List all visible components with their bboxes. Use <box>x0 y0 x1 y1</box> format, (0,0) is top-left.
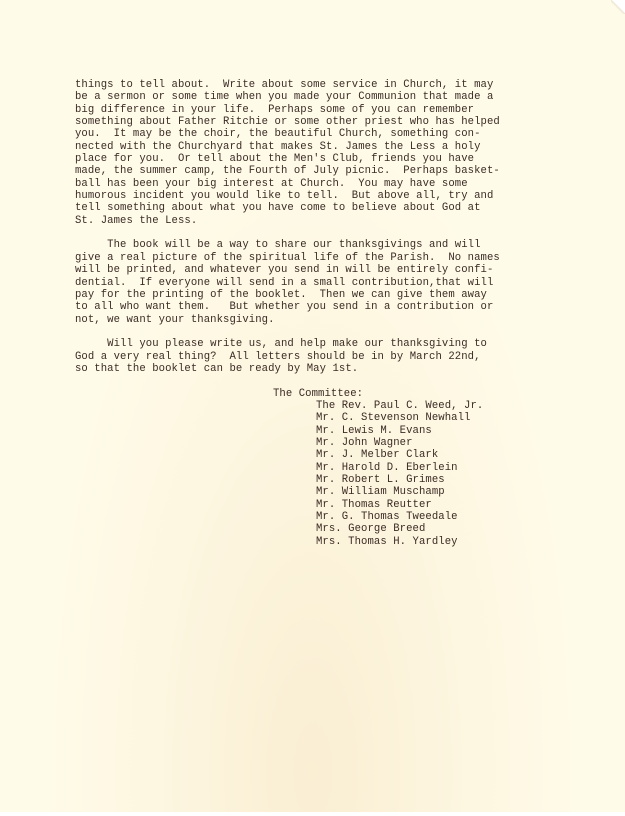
paragraph-gap <box>75 326 595 338</box>
text-line: pay for the printing of the booklet. The… <box>75 289 595 301</box>
committee-member: Mr. C. Stevenson Newhall <box>75 412 595 424</box>
paragraph-1: things to tell about. Write about some s… <box>75 79 595 227</box>
committee-heading: The Committee: <box>75 388 595 400</box>
committee-member: Mr. Thomas Reutter <box>75 499 595 511</box>
text-line: things to tell about. Write about some s… <box>75 79 595 91</box>
committee-member: Mr. Lewis M. Evans <box>75 425 595 437</box>
typewritten-letter-page: things to tell about. Write about some s… <box>0 0 625 812</box>
folded-corner <box>611 0 625 14</box>
committee-member: Mr. Robert L. Grimes <box>75 474 595 486</box>
text-line: will be printed, and whatever you send i… <box>75 264 595 276</box>
paragraph-2: The book will be a way to share our than… <box>75 239 595 325</box>
letter-body: things to tell about. Write about some s… <box>75 79 595 548</box>
paragraph-gap <box>75 375 595 387</box>
text-line: tell something about what you have come … <box>75 202 595 214</box>
committee-member: Mr. Harold D. Eberlein <box>75 462 595 474</box>
text-line: place for you. Or tell about the Men's C… <box>75 153 595 165</box>
committee-member: Mr. William Muschamp <box>75 486 595 498</box>
text-line: Will you please write us, and help make … <box>75 338 595 350</box>
text-line: humorous incident you would like to tell… <box>75 190 595 202</box>
text-line: to all who want them. But whether you se… <box>75 301 595 313</box>
committee-member: Mr. G. Thomas Tweedale <box>75 511 595 523</box>
text-line: The book will be a way to share our than… <box>75 239 595 251</box>
text-line: be a sermon or some time when you made y… <box>75 91 595 103</box>
committee-member: Mrs. Thomas H. Yardley <box>75 536 595 548</box>
text-line: dential. If everyone will send in a smal… <box>75 277 595 289</box>
text-line: not, we want your thanksgiving. <box>75 314 595 326</box>
committee-signature: The Committee: The Rev. Paul C. Weed, Jr… <box>75 388 595 548</box>
committee-member: Mrs. George Breed <box>75 523 595 535</box>
text-line: nected with the Churchyard that makes St… <box>75 141 595 153</box>
paragraph-3: Will you please write us, and help make … <box>75 338 595 375</box>
committee-member: Mr. John Wagner <box>75 437 595 449</box>
text-line: St. James the Less. <box>75 215 595 227</box>
committee-member: The Rev. Paul C. Weed, Jr. <box>75 400 595 412</box>
paragraph-gap <box>75 227 595 239</box>
text-line: something about Father Ritchie or some o… <box>75 116 595 128</box>
text-line: you. It may be the choir, the beautiful … <box>75 128 595 140</box>
text-line: made, the summer camp, the Fourth of Jul… <box>75 165 595 177</box>
text-line: big difference in your life. Perhaps som… <box>75 104 595 116</box>
text-line: so that the booklet can be ready by May … <box>75 363 595 375</box>
text-line: ball has been your big interest at Churc… <box>75 178 595 190</box>
committee-member: Mr. J. Melber Clark <box>75 449 595 461</box>
text-line: give a real picture of the spiritual lif… <box>75 252 595 264</box>
text-line: God a very real thing? All letters shoul… <box>75 351 595 363</box>
